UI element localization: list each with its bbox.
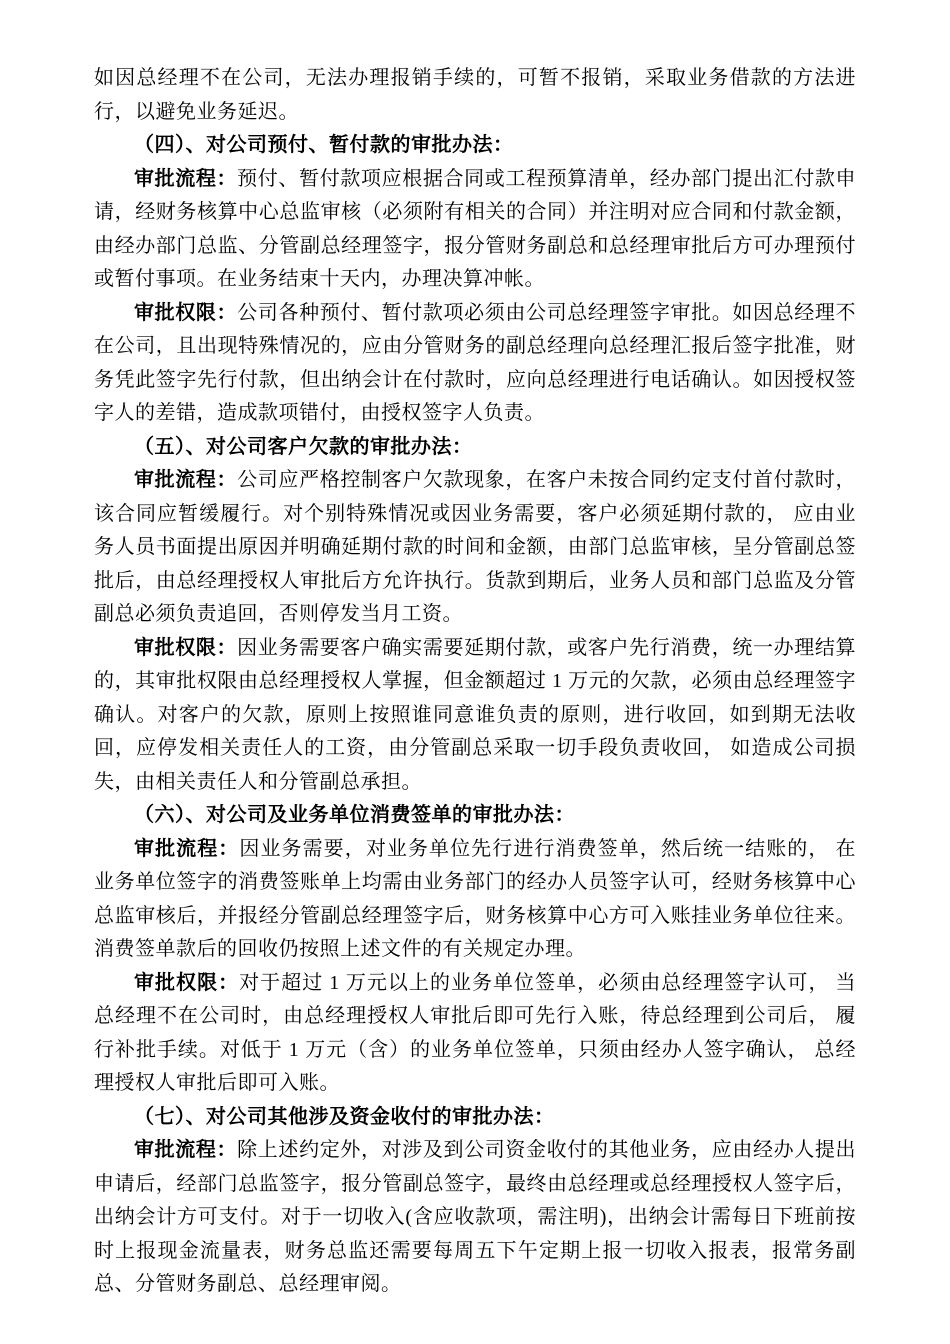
paragraph-approval-flow-7: 审批流程：除上述约定外，对涉及到公司资金收付的其他业务，应由经办人提出申请后，经… (94, 1134, 856, 1302)
paragraph-approval-flow-5: 审批流程：公司应严格控制客户欠款现象，在客户未按合同约定支付首付款时，该合同应暂… (94, 464, 856, 632)
paragraph-label: 审批权限： (134, 637, 237, 659)
section-heading-5: （五）、对公司客户欠款的审批办法： (94, 431, 856, 465)
paragraph-label: 审批权限： (134, 972, 239, 994)
paragraph-approval-flow-4: 审批流程：预付、暂付款项应根据合同或工程预算清单，经办部门提出汇付款申请，经财务… (94, 163, 856, 297)
section-heading-4: （四）、对公司预付、暂付款的审批办法： (94, 129, 856, 163)
paragraph-text: 除上述约定外，对涉及到公司资金收付的其他业务，应由经办人提出申请后，经部门总监签… (94, 1139, 856, 1295)
paragraph-label: 审批权限： (134, 302, 237, 324)
section-heading-6: （六）、对公司及业务单位消费签单的审批办法： (94, 799, 856, 833)
paragraph-label: 审批流程： (134, 168, 237, 190)
paragraph-label: 审批流程： (134, 838, 239, 860)
paragraph-text: 因业务需要客户确实需要延期付款，或客户先行消费，统一办理结算的，其审批权限由总经… (94, 637, 856, 793)
paragraph-label: 审批流程： (134, 1139, 237, 1161)
paragraph-approval-flow-6: 审批流程：因业务需要，对业务单位先行进行消费签单，然后统一结账的， 在业务单位签… (94, 833, 856, 967)
section-heading-7: （七）、对公司其他涉及资金收付的审批办法： (94, 1101, 856, 1135)
paragraph-label: 审批流程： (134, 469, 237, 491)
paragraph-text: 公司应严格控制客户欠款现象，在客户未按合同约定支付首付款时，该合同应暂缓履行。对… (94, 469, 856, 625)
paragraph-approval-authority-6: 审批权限：对于超过 1 万元以上的业务单位签单，必须由总经理签字认可， 当总经理… (94, 967, 856, 1101)
paragraph-continuation: 如因总经理不在公司，无法办理报销手续的，可暂不报销，采取业务借款的方法进行，以避… (94, 62, 856, 129)
paragraph-text: 如因总经理不在公司，无法办理报销手续的，可暂不报销，采取业务借款的方法进行，以避… (94, 67, 856, 123)
paragraph-approval-authority-4: 审批权限：公司各种预付、暂付款项必须由公司总经理签字审批。如因总经理不在公司，且… (94, 297, 856, 431)
paragraph-approval-authority-5: 审批权限：因业务需要客户确实需要延期付款，或客户先行消费，统一办理结算的，其审批… (94, 632, 856, 800)
document-page: 如因总经理不在公司，无法办理报销手续的，可暂不报销，采取业务借款的方法进行，以避… (0, 0, 950, 1344)
